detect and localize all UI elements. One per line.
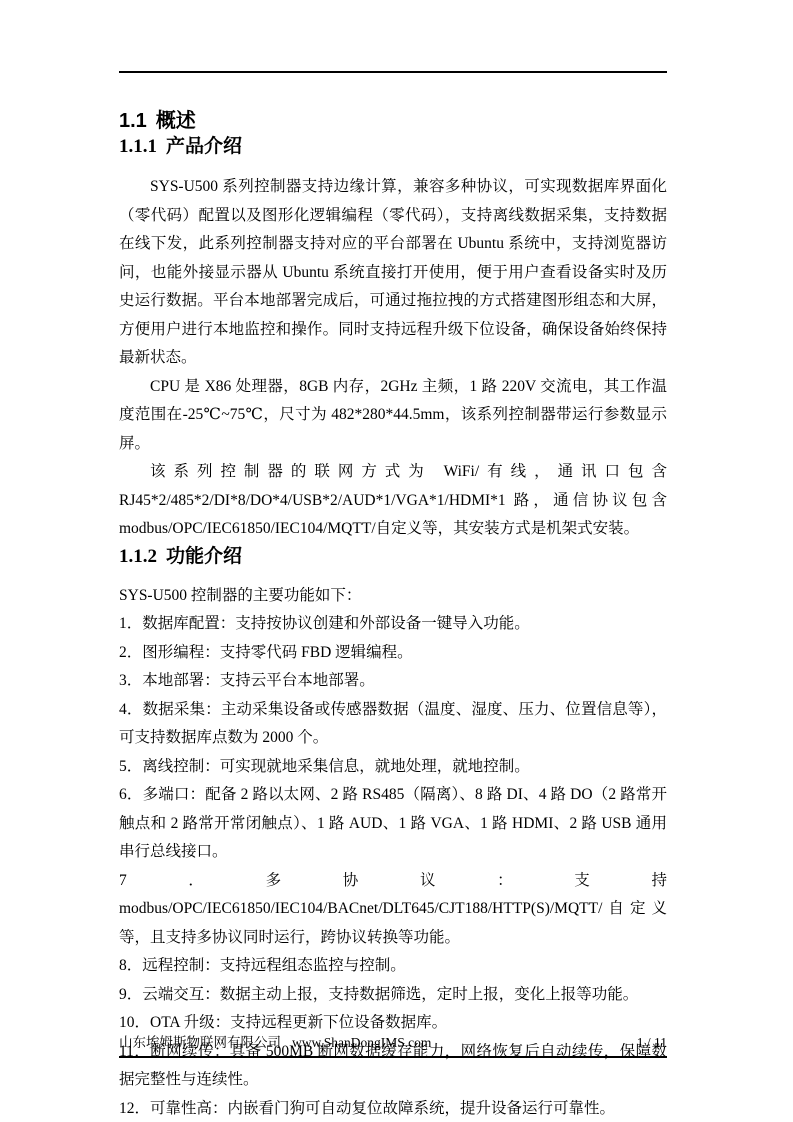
footer-website: www.ShanDongIMS.com bbox=[292, 1033, 431, 1053]
feature-item-5: 5．离线控制：可实现就地采集信息，就地处理，就地控制。 bbox=[119, 753, 667, 782]
feature-item-12: 12．可靠性高：内嵌看门狗可自动复位故障系统，提升设备运行可靠性。 bbox=[119, 1095, 667, 1122]
feature-item-6: 6．多端口：配备 2 路以太网、2 路 RS485（隔离）、8 路 DI、4 路… bbox=[119, 781, 667, 867]
section-heading-1-1: 1.1概述 bbox=[119, 108, 667, 134]
paragraph-connectivity: 该系列控制器的联网方式为 WiFi/有线，通讯口包含 RJ45*2/485*2/… bbox=[119, 458, 667, 544]
section-heading-1-1-2: 1.1.2功能介绍 bbox=[119, 544, 667, 570]
section-number: 1.1 bbox=[119, 110, 147, 132]
section-number: 1.1.1 bbox=[119, 136, 157, 157]
paragraph-hardware-specs: CPU 是 X86 处理器，8GB 内存，2GHz 主频，1 路 220V 交流… bbox=[119, 373, 667, 459]
feature-item-4: 4．数据采集：主动采集设备或传感器数据（温度、湿度、压力、位置信息等），可支持数… bbox=[119, 696, 667, 753]
page-footer: 山东埃姆斯物联网有限公司 www.ShanDongIMS.com 1 / 11 bbox=[119, 1033, 667, 1053]
feature-item-3: 3．本地部署：支持云平台本地部署。 bbox=[119, 667, 667, 696]
feature-item-9: 9．云端交互：数据主动上报，支持数据筛选，定时上报，变化上报等功能。 bbox=[119, 981, 667, 1010]
feature-item-7: 7．多协议：支持 modbus/OPC/IEC61850/IEC104/BACn… bbox=[119, 867, 667, 953]
paragraph-product-overview: SYS-U500 系列控制器支持边缘计算，兼容多种协议，可实现数据库界面化（零代… bbox=[119, 173, 667, 373]
section-title: 概述 bbox=[156, 110, 196, 132]
footer-company-name: 山东埃姆斯物联网有限公司 bbox=[119, 1033, 281, 1053]
feature-item-8: 8．远程控制：支持远程组态监控与控制。 bbox=[119, 952, 667, 981]
section-heading-1-1-1: 1.1.1产品介绍 bbox=[119, 134, 667, 160]
section-title: 产品介绍 bbox=[166, 136, 242, 157]
footer-page-number: 1 / 11 bbox=[637, 1033, 667, 1053]
section-number: 1.1.2 bbox=[119, 546, 157, 567]
document-page: 1.1概述 1.1.1产品介绍 SYS-U500 系列控制器支持边缘计算，兼容多… bbox=[0, 0, 793, 1122]
feature-item-2: 2．图形编程：支持零代码 FBD 逻辑编程。 bbox=[119, 639, 667, 668]
features-intro: SYS-U500 控制器的主要功能如下： bbox=[119, 582, 667, 611]
section-title: 功能介绍 bbox=[166, 546, 242, 567]
header-rule bbox=[119, 71, 667, 73]
feature-item-1: 1．数据库配置：支持按协议创建和外部设备一键导入功能。 bbox=[119, 610, 667, 639]
footer-rule bbox=[119, 1056, 667, 1058]
document-body: 1.1概述 1.1.1产品介绍 SYS-U500 系列控制器支持边缘计算，兼容多… bbox=[119, 96, 667, 1122]
